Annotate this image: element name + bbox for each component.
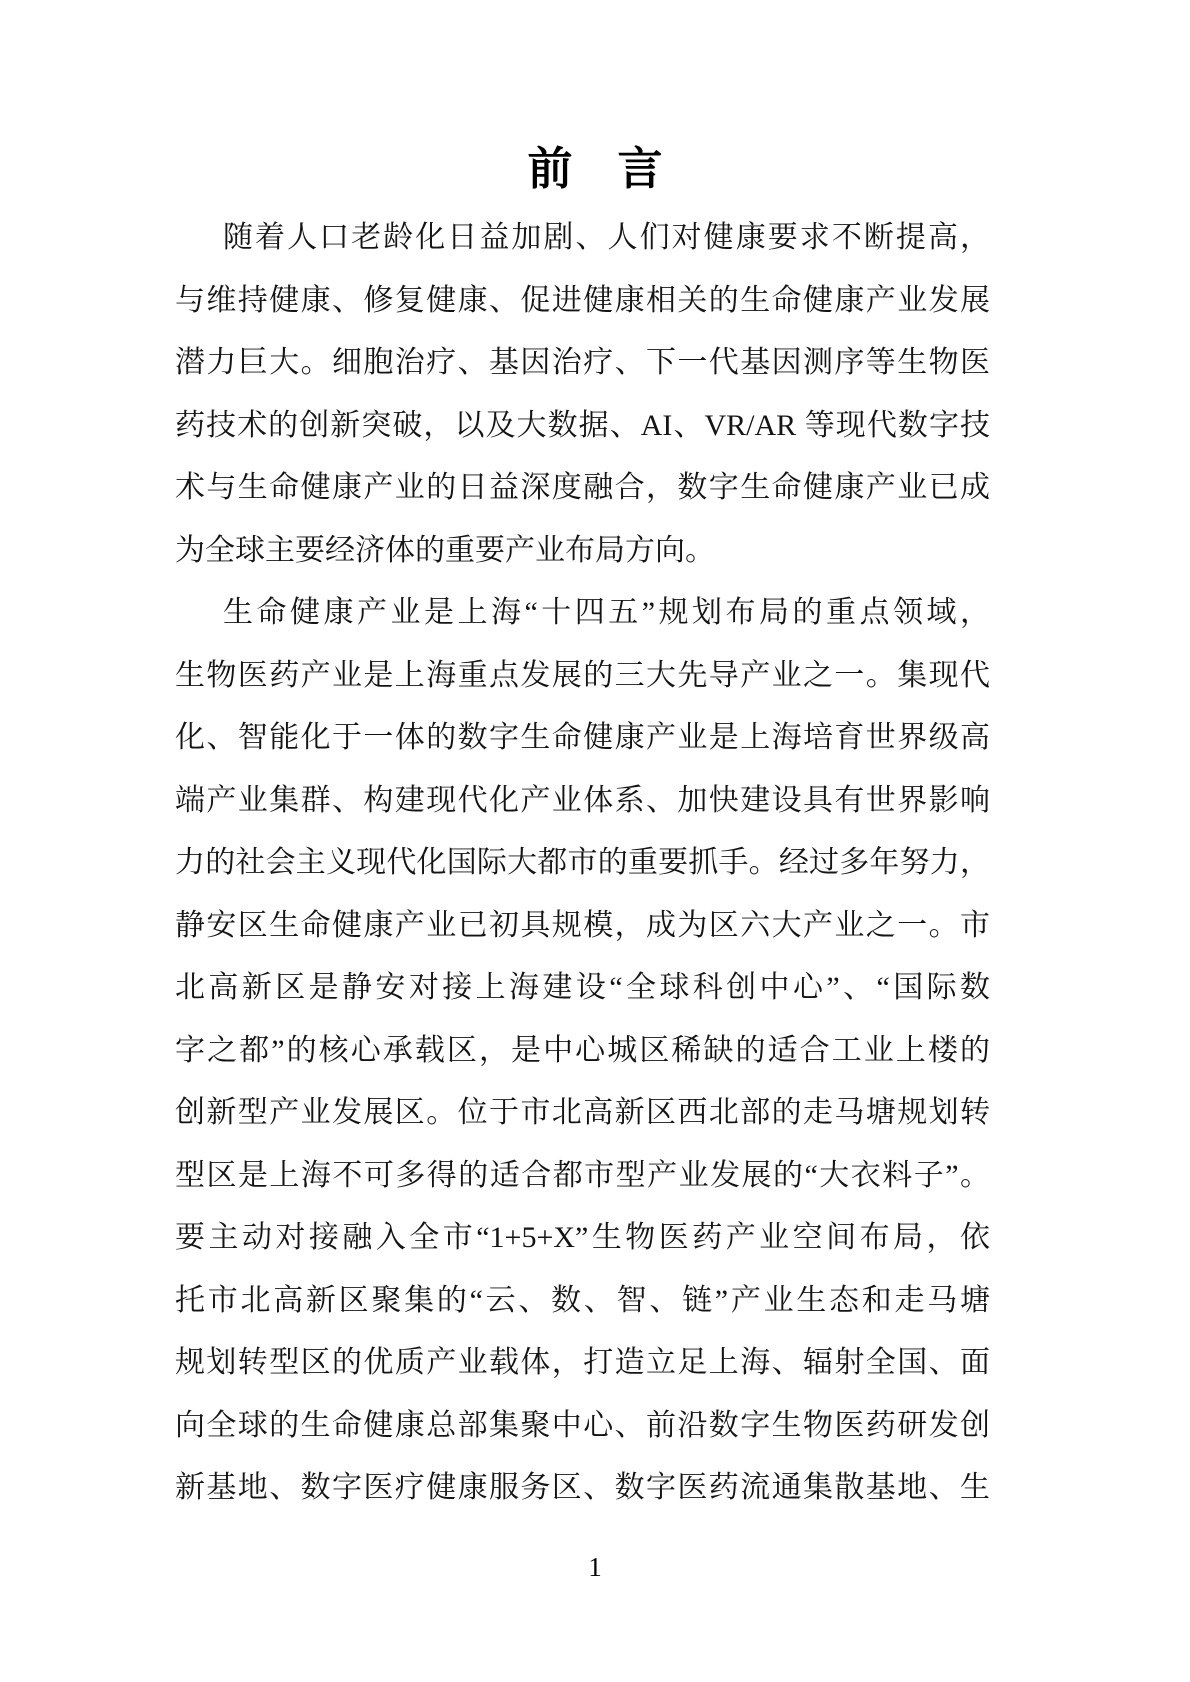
document-body: 随着人口老龄化日益加剧、人们对健康要求不断提高，与维持健康、修复健康、促进健康相… <box>175 207 990 1520</box>
text-line: 新基地、数字医疗健康服务区、数字医药流通集散基地、生 <box>175 1457 990 1520</box>
text-line: 化、智能化于一体的数字生命健康产业是上海培育世界级高 <box>175 707 990 770</box>
text-line: 随着人口老龄化日益加剧、人们对健康要求不断提高， <box>175 207 990 270</box>
text-line: 托市北高新区聚集的“云、数、智、链”产业生态和走马塘 <box>175 1270 990 1333</box>
text-line: 与维持健康、修复健康、促进健康相关的生命健康产业发展 <box>175 270 990 333</box>
page-title: 前 言 <box>0 141 1190 197</box>
text-line: 生命健康产业是上海“十四五”规划布局的重点领域， <box>175 582 990 645</box>
text-line: 为全球主要经济体的重要产业布局方向。 <box>175 520 990 583</box>
text-line: 术与生命健康产业的日益深度融合，数字生命健康产业已成 <box>175 457 990 520</box>
page-number: 1 <box>0 1551 1190 1583</box>
text-line: 静安区生命健康产业已初具规模，成为区六大产业之一。市 <box>175 895 990 958</box>
text-line: 北高新区是静安对接上海建设“全球科创中心”、“国际数 <box>175 957 990 1020</box>
text-line: 创新型产业发展区。位于市北高新区西北部的走马塘规划转 <box>175 1082 990 1145</box>
text-line: 力的社会主义现代化国际大都市的重要抓手。经过多年努力， <box>175 832 990 895</box>
text-line: 药技术的创新突破，以及大数据、AI、VR/AR 等现代数字技 <box>175 395 990 458</box>
text-line: 要主动对接融入全市“1+5+X”生物医药产业空间布局，依 <box>175 1207 990 1270</box>
text-line: 潜力巨大。细胞治疗、基因治疗、下一代基因测序等生物医 <box>175 332 990 395</box>
text-line: 端产业集群、构建现代化产业体系、加快建设具有世界影响 <box>175 770 990 833</box>
text-line: 生物医药产业是上海重点发展的三大先导产业之一。集现代 <box>175 645 990 708</box>
text-line: 向全球的生命健康总部集聚中心、前沿数字生物医药研发创 <box>175 1395 990 1458</box>
document-page: 前 言 随着人口老龄化日益加剧、人们对健康要求不断提高，与维持健康、修复健康、促… <box>0 0 1190 1682</box>
text-line: 型区是上海不可多得的适合都市型产业发展的“大衣料子”。 <box>175 1145 990 1208</box>
text-line: 字之都”的核心承载区，是中心城区稀缺的适合工业上楼的 <box>175 1020 990 1083</box>
text-line: 规划转型区的优质产业载体，打造立足上海、辐射全国、面 <box>175 1332 990 1395</box>
